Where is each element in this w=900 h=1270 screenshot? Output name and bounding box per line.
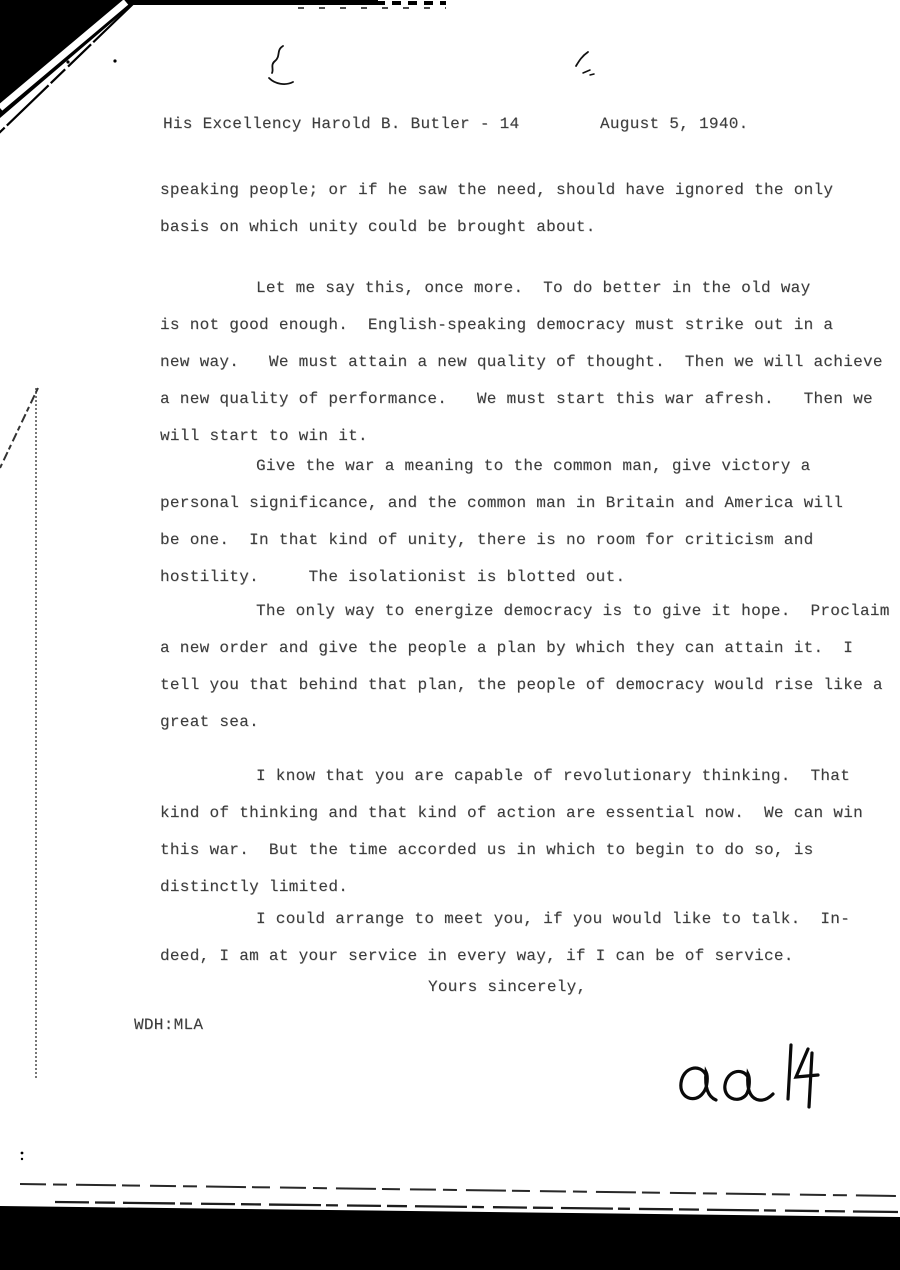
bottom-scan-band (0, 1140, 900, 1270)
text-line: I know that you are capable of revolutio… (160, 758, 863, 795)
text-line: basis on which unity could be brought ab… (160, 209, 833, 246)
paragraph-4: The only way to energize democracy is to… (160, 593, 890, 741)
text-line: hostility. The isolationist is blotted o… (160, 559, 843, 596)
pen-squiggle-mark (265, 42, 305, 90)
paragraph-3: Give the war a meaning to the common man… (160, 448, 843, 596)
pen-tick-mark (570, 48, 602, 78)
text-line: I could arrange to meet you, if you woul… (160, 901, 850, 938)
paragraph-5: I know that you are capable of revolutio… (160, 758, 863, 906)
text-line: new way. We must attain a new quality of… (160, 344, 883, 381)
text-line: deed, I am at your service in every way,… (160, 938, 850, 975)
text-line: is not good enough. English-speaking dem… (160, 307, 883, 344)
corner-fold-artifact (0, 0, 150, 145)
text-line: a new quality of performance. We must st… (160, 381, 883, 418)
text-line: be one. In that kind of unity, there is … (160, 522, 843, 559)
closing-line: Yours sincerely, (428, 978, 586, 996)
typist-initials: WDH:MLA (134, 1016, 203, 1034)
text-line: kind of thinking and that kind of action… (160, 795, 863, 832)
text-line: great sea. (160, 704, 890, 741)
text-line: tell you that behind that plan, the peop… (160, 667, 890, 704)
text-line: this war. But the time accorded us in wh… (160, 832, 863, 869)
crease-slash-artifact (0, 385, 42, 477)
paragraph-6: I could arrange to meet you, if you woul… (160, 901, 850, 975)
text-line: Let me say this, once more. To do better… (160, 270, 883, 307)
date-line: August 5, 1940. (600, 115, 749, 133)
handwritten-page-number (640, 1025, 825, 1120)
text-line: The only way to energize democracy is to… (160, 593, 890, 630)
paragraph-2: Let me say this, once more. To do better… (160, 270, 883, 455)
text-line: speaking people; or if he saw the need, … (160, 172, 833, 209)
text-line: personal significance, and the common ma… (160, 485, 843, 522)
scan-edge-bar-dashes2 (298, 7, 446, 9)
scan-edge-bar-dashes (376, 1, 446, 5)
scan-edge-bar (130, 0, 378, 5)
fold-crease-line (35, 388, 37, 1078)
text-line: Give the war a meaning to the common man… (160, 448, 843, 485)
addressee-line: His Excellency Harold B. Butler - 14 (163, 115, 519, 133)
paragraph-1: speaking people; or if he saw the need, … (160, 172, 833, 246)
text-line: a new order and give the people a plan b… (160, 630, 890, 667)
scanned-letter-page: His Excellency Harold B. Butler - 14 Aug… (0, 0, 900, 1270)
